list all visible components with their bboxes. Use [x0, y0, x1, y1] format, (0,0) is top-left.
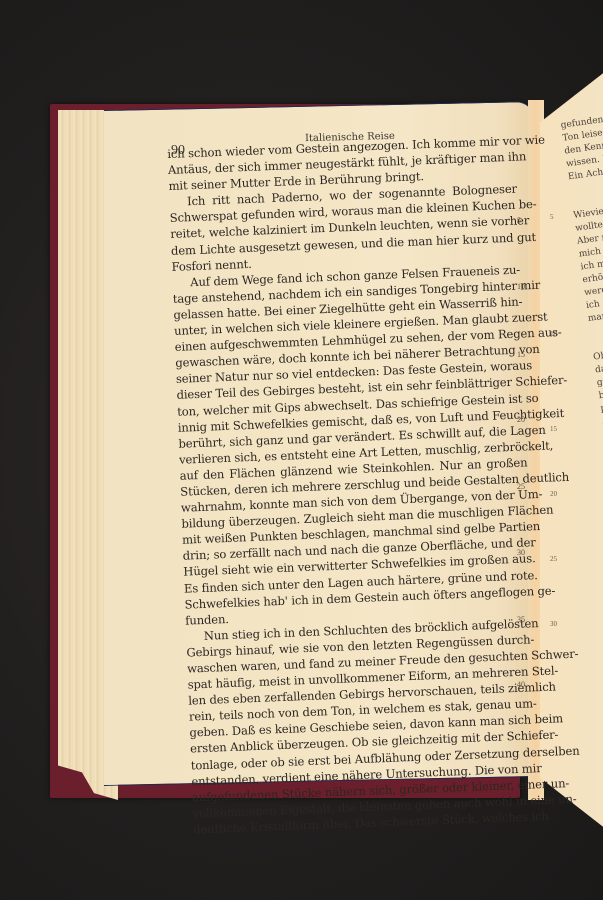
line-number: 25 [517, 482, 525, 491]
right-line-number: 10 [550, 330, 562, 338]
right-line-number: 20 [550, 490, 562, 498]
right-line-number: 30 [550, 620, 562, 628]
right-line-number: 25 [550, 555, 562, 563]
line-number: 40 [517, 680, 525, 689]
line-number: 35 [517, 615, 525, 624]
right-line-number: 15 [550, 425, 562, 433]
right-line-number: 5 [550, 213, 562, 221]
line-number: 10 [517, 282, 525, 291]
line-number: 30 [517, 548, 525, 557]
line-number: 15 [517, 350, 525, 359]
body-text: ich schon wieder vom Gestein angezogen. … [167, 133, 541, 838]
line-number: 5 [517, 216, 521, 225]
line-number: 20 [517, 415, 525, 424]
